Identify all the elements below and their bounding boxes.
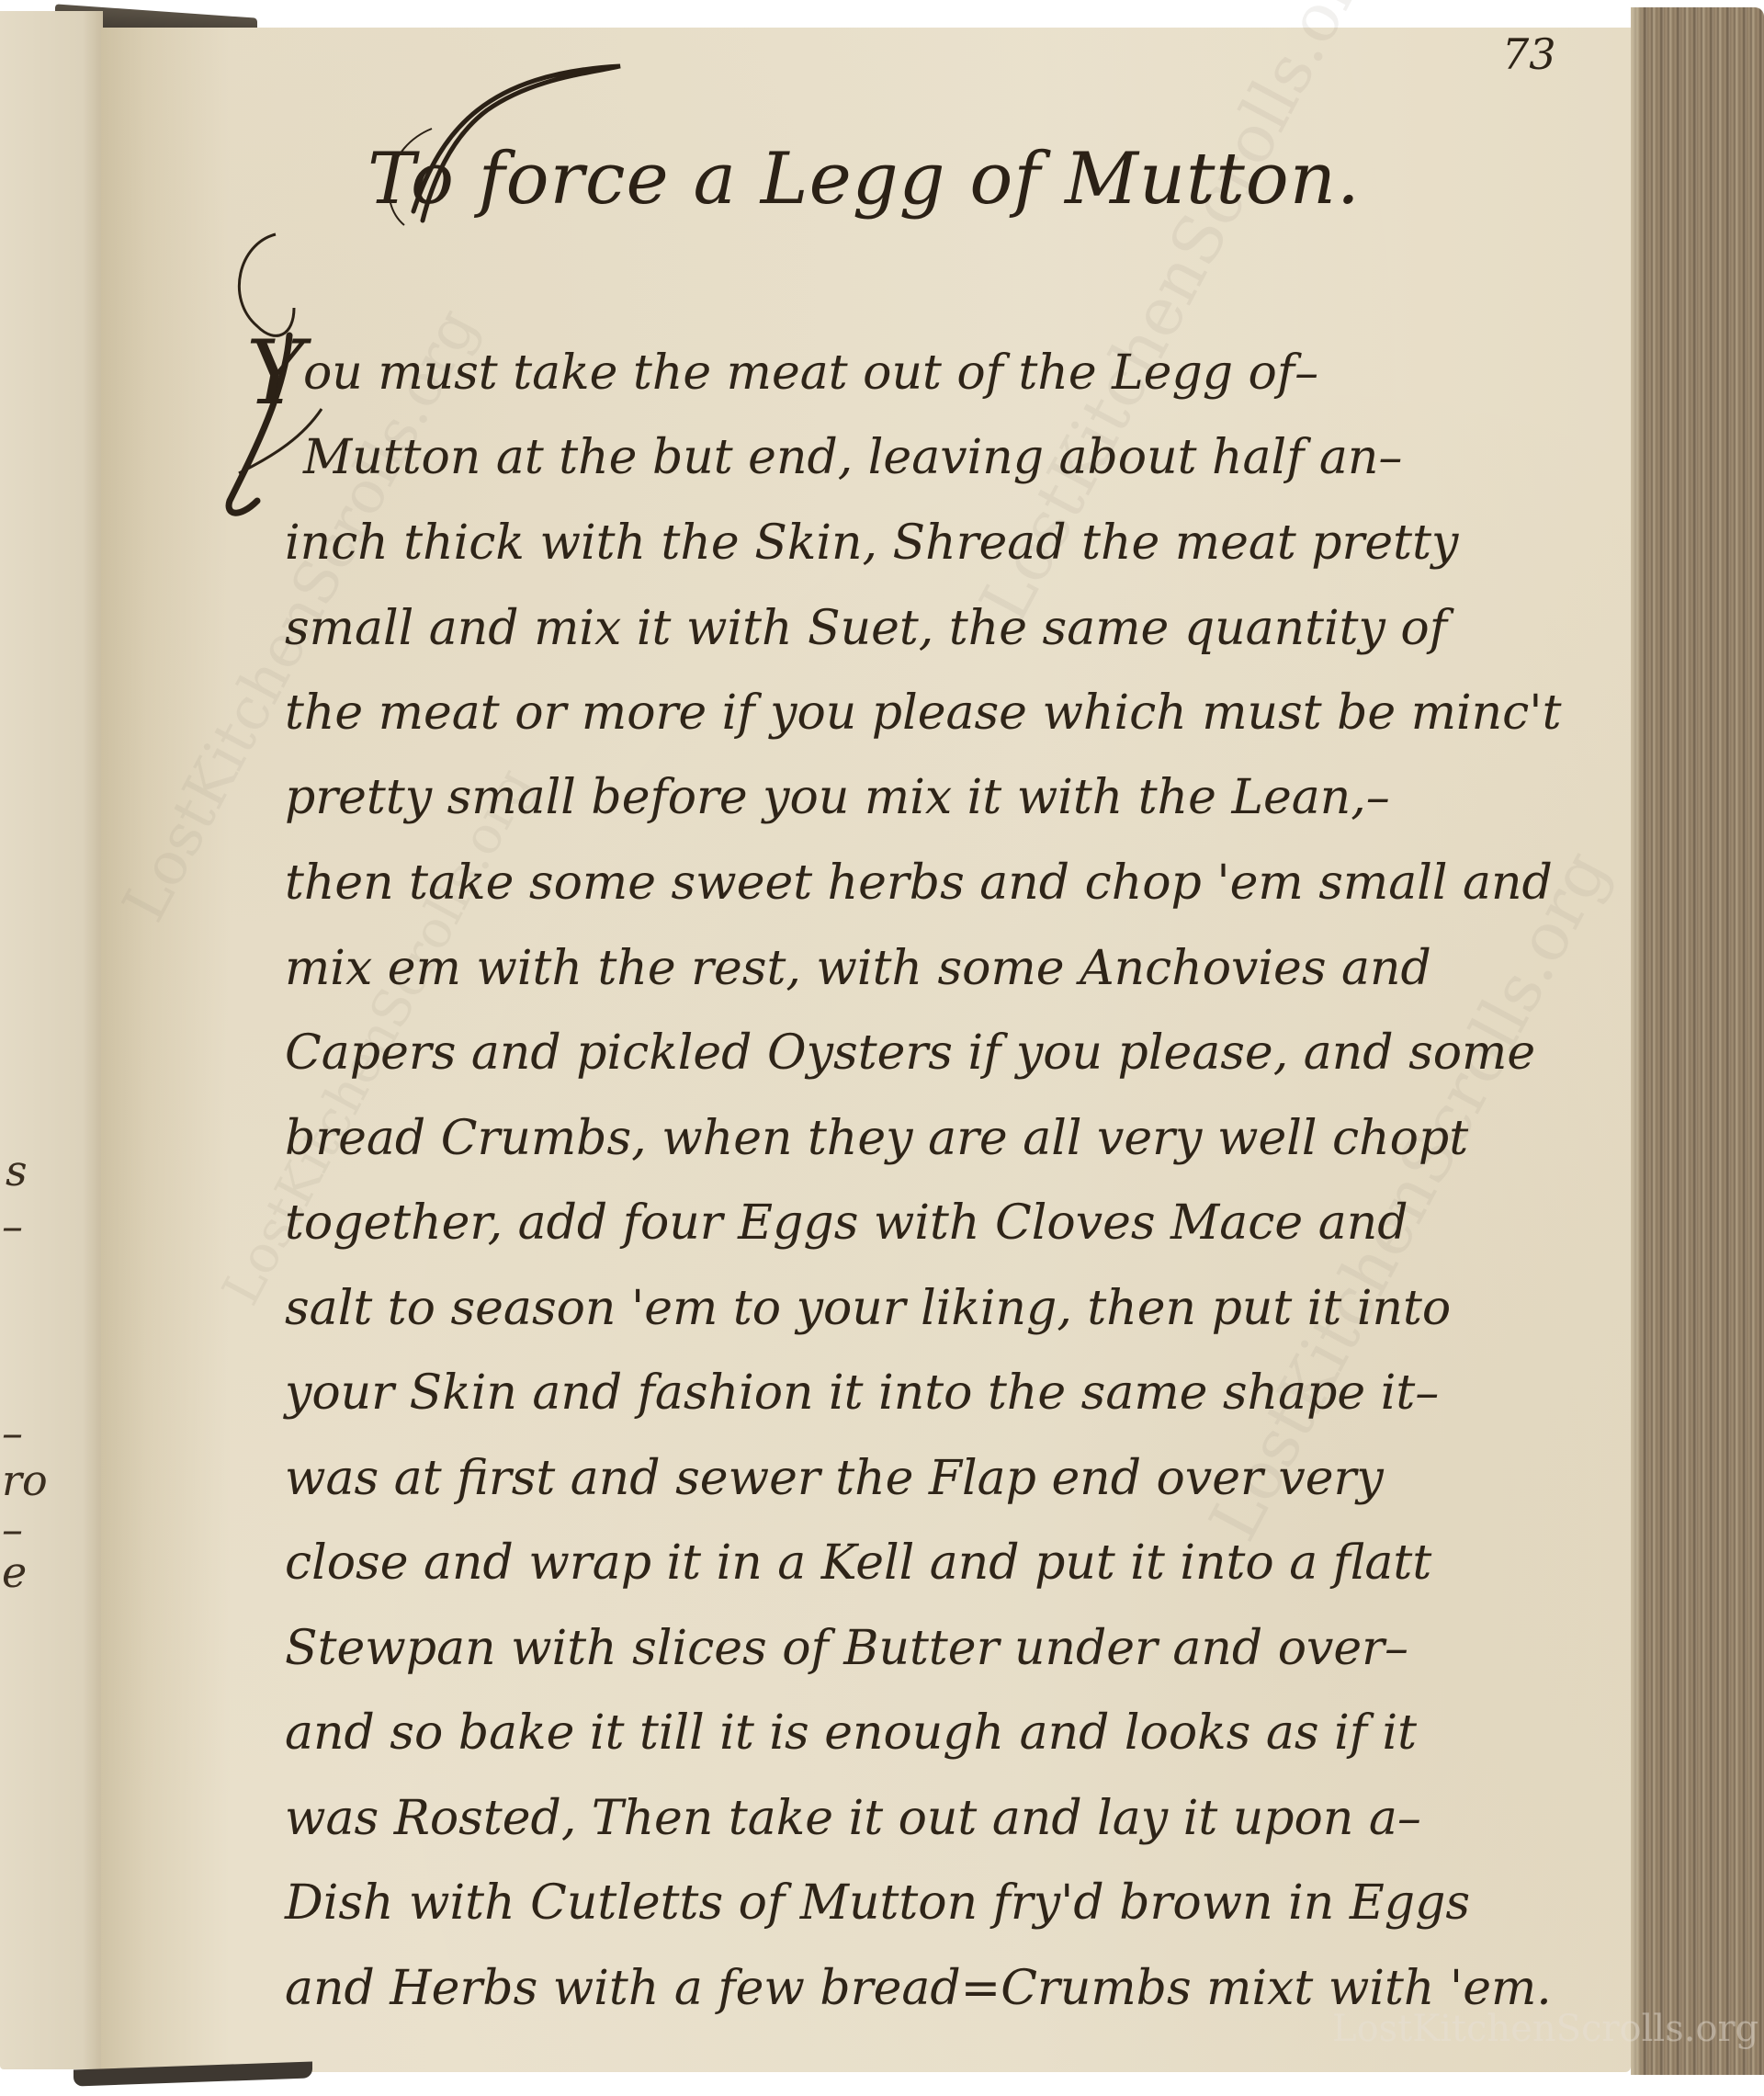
text-line: was at first and sewer the Flap end over… bbox=[285, 1455, 1384, 1502]
recipe-title: To force a Legg of Mutton. bbox=[367, 138, 1361, 221]
page-number: 73 bbox=[1502, 29, 1556, 79]
left-page-fragment: – bbox=[2, 1408, 23, 1457]
left-page-fragment: – bbox=[2, 1504, 23, 1554]
text-line: bread Crumbs, when they are all very wel… bbox=[285, 1115, 1468, 1162]
text-line: mix em with the rest, with some Anchovie… bbox=[285, 945, 1431, 992]
left-page-fragment: s bbox=[6, 1146, 28, 1195]
left-page-fragment: ro bbox=[2, 1456, 48, 1505]
text-line: ou must take the meat out of the Legg of… bbox=[303, 349, 1318, 397]
text-line: Capers and pickled Oysters if you please… bbox=[285, 1029, 1535, 1077]
text-line: Mutton at the but end, leaving about hal… bbox=[303, 434, 1402, 482]
page-edges bbox=[1631, 7, 1764, 2075]
text-line: Dish with Cutletts of Mutton fry'd brown… bbox=[285, 1879, 1470, 1927]
text-line: small and mix it with Suet, the same qua… bbox=[285, 605, 1447, 652]
left-page-fragment: e bbox=[2, 1547, 27, 1597]
text-line: then take some sweet herbs and chop 'em … bbox=[285, 859, 1553, 907]
text-line: your Skin and fashion it into the same s… bbox=[285, 1369, 1439, 1417]
left-page-fragment: – bbox=[2, 1201, 23, 1251]
open-book: s – – ro – e LostKitchenScrolls.org Lost… bbox=[0, 0, 1764, 2096]
text-line: pretty small before you mix it with the … bbox=[285, 774, 1390, 821]
text-line: Stewpan with slices of Butter under and … bbox=[285, 1625, 1408, 1672]
text-line: close and wrap it in a Kell and put it i… bbox=[285, 1539, 1431, 1587]
text-line: and so bake it till it is enough and loo… bbox=[285, 1709, 1417, 1757]
drop-cap: Y bbox=[246, 322, 304, 425]
text-line: the meat or more if you please which mus… bbox=[285, 689, 1561, 737]
left-page: s – – ro – e bbox=[0, 11, 103, 2069]
text-line: inch thick with the Skin, Shread the mea… bbox=[285, 519, 1458, 567]
text-line: salt to season 'em to your liking, then … bbox=[285, 1285, 1451, 1332]
text-line: and Herbs with a few bread=Crumbs mixt w… bbox=[285, 1965, 1552, 2012]
text-line: was Rosted, Then take it out and lay it … bbox=[285, 1795, 1421, 1842]
text-line: together, add four Eggs with Cloves Mace… bbox=[285, 1199, 1408, 1247]
